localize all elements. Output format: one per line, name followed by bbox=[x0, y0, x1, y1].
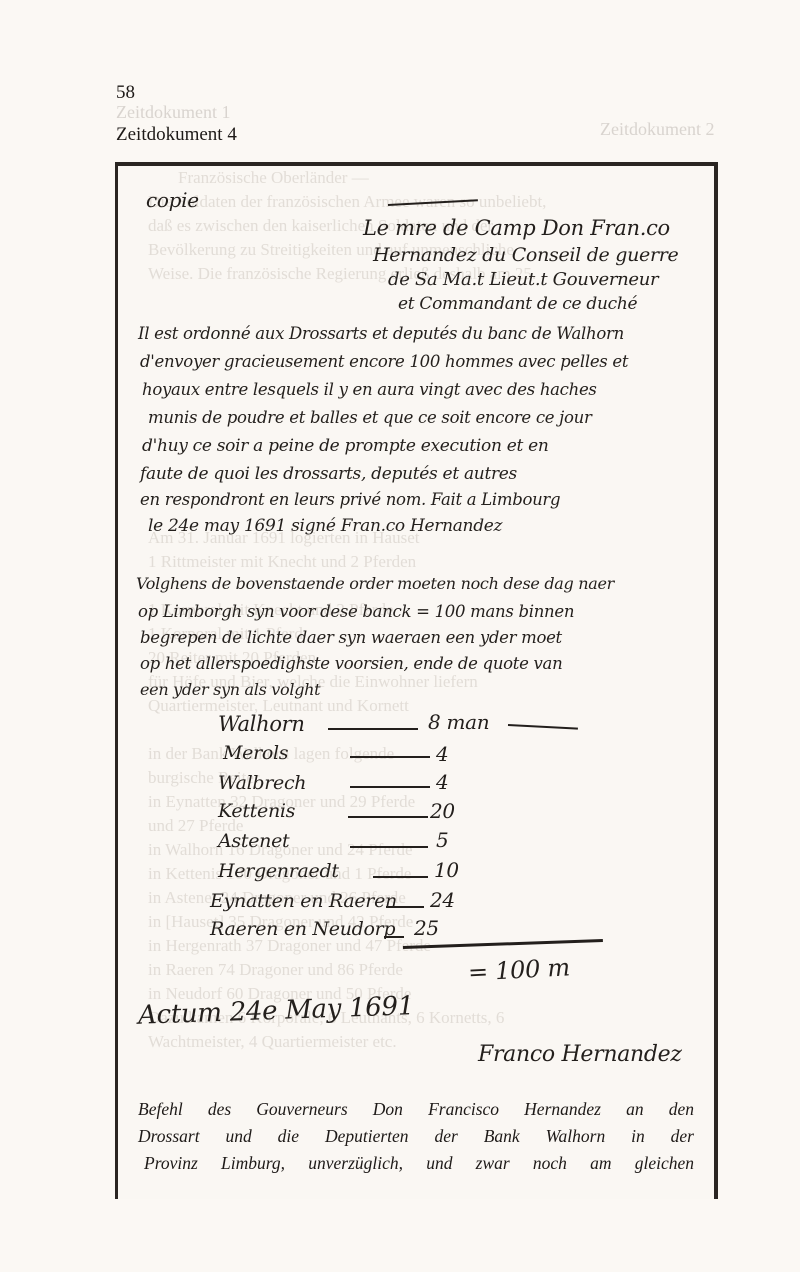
page-number: 58 bbox=[116, 82, 135, 104]
quota-amount: 8 man bbox=[428, 710, 489, 734]
manuscript-body-line: le 24e may 1691 signé Fran.co Hernandez bbox=[148, 516, 502, 536]
signature: Franco Hernandez bbox=[478, 1042, 682, 1067]
marginal-note: copie bbox=[146, 188, 199, 212]
quota-place: Walbrech bbox=[218, 772, 306, 794]
quota-place: Walhorn bbox=[218, 712, 305, 736]
quota-place: Hergenraedt bbox=[218, 860, 339, 882]
quota-amount: 25 bbox=[414, 916, 439, 940]
dutch-line: op Limborgh syn voor dese banck = 100 ma… bbox=[138, 602, 574, 621]
quota-dash bbox=[386, 906, 424, 908]
manuscript-header-line: Le mre de Camp Don Fran.co bbox=[363, 216, 670, 240]
quota-place: Kettenis bbox=[218, 800, 295, 822]
dutch-line: begrepen de lichte daer syn waeraen een … bbox=[140, 628, 562, 647]
manuscript-body-line: en respondront en leurs privé nom. Fait … bbox=[140, 490, 560, 509]
manuscript-header-line: et Commandant de ce duché bbox=[398, 294, 637, 314]
caption-line: Provinz Limburg, unverzüglich, und zwar … bbox=[138, 1150, 694, 1177]
manuscript-body-line: d'huy ce soir a peine de prompte executi… bbox=[142, 436, 549, 456]
quota-total: = 100 m bbox=[467, 953, 570, 986]
section-title: Zeitdokument 4 bbox=[116, 124, 237, 146]
quota-dash bbox=[350, 786, 430, 788]
quota-place: Eynatten en Raeren bbox=[210, 890, 397, 912]
quota-amount: 20 bbox=[430, 799, 455, 823]
quota-dash bbox=[328, 728, 418, 730]
manuscript-body-line: d'envoyer gracieusement encore 100 homme… bbox=[140, 352, 628, 371]
bleed-through-line: in Raeren 74 Dragoner und 86 Pferde bbox=[148, 958, 704, 982]
quota-amount: 10 bbox=[434, 858, 459, 882]
manuscript-body-line: munis de poudre et balles et que ce soit… bbox=[148, 408, 592, 427]
dutch-line: Volghens de bovenstaende order moeten no… bbox=[136, 574, 614, 593]
quota-place: Astenet bbox=[218, 830, 289, 852]
quota-place: Merols bbox=[223, 742, 288, 764]
quota-dash bbox=[348, 816, 428, 818]
manuscript-header-line: Hernandez du Conseil de guerre bbox=[373, 244, 679, 266]
quota-amount: 24 bbox=[430, 888, 455, 912]
manuscript-frame: Französische Oberländer —Die Soldaten de… bbox=[115, 162, 718, 1199]
caption-line: Befehl des Gouverneurs Don Francisco Her… bbox=[138, 1096, 694, 1123]
manuscript-header-line: de Sa Ma.t Lieut.t Gouverneur bbox=[388, 269, 658, 290]
quota-amount: 5 bbox=[436, 828, 448, 852]
manuscript-body-line: Il est ordonné aux Drossarts et deputés … bbox=[138, 324, 624, 343]
bleed-through-line: 1 Rittmeister mit Knecht und 2 Pferden bbox=[148, 550, 704, 574]
quota-dash bbox=[350, 756, 430, 758]
quota-dash bbox=[350, 846, 428, 848]
quota-dash bbox=[384, 936, 404, 938]
bleed-through-line: Französische Oberländer — bbox=[148, 166, 704, 190]
dutch-line: een yder syn als volght bbox=[140, 680, 320, 699]
quota-place: Raeren en Neudorp bbox=[210, 918, 395, 940]
quota-amount: 4 bbox=[436, 770, 448, 794]
dutch-line: op het allerspoedighste voorsien, ende d… bbox=[140, 654, 562, 673]
quota-amount: 4 bbox=[436, 742, 448, 766]
manuscript-body-line: hoyaux entre lesquels il y en aura vingt… bbox=[142, 380, 597, 399]
caption-line: Drossart und die Deputierten der Bank Wa… bbox=[138, 1123, 694, 1150]
figure-caption: Befehl des Gouverneurs Don Francisco Her… bbox=[138, 1096, 694, 1177]
ghost-header: Zeitdokument 1 bbox=[116, 102, 230, 123]
quota-dash bbox=[373, 876, 428, 878]
manuscript-body-line: faute de quoi les drossarts, deputés et … bbox=[140, 464, 517, 484]
ghost-header-right: Zeitdokument 2 bbox=[600, 119, 714, 140]
